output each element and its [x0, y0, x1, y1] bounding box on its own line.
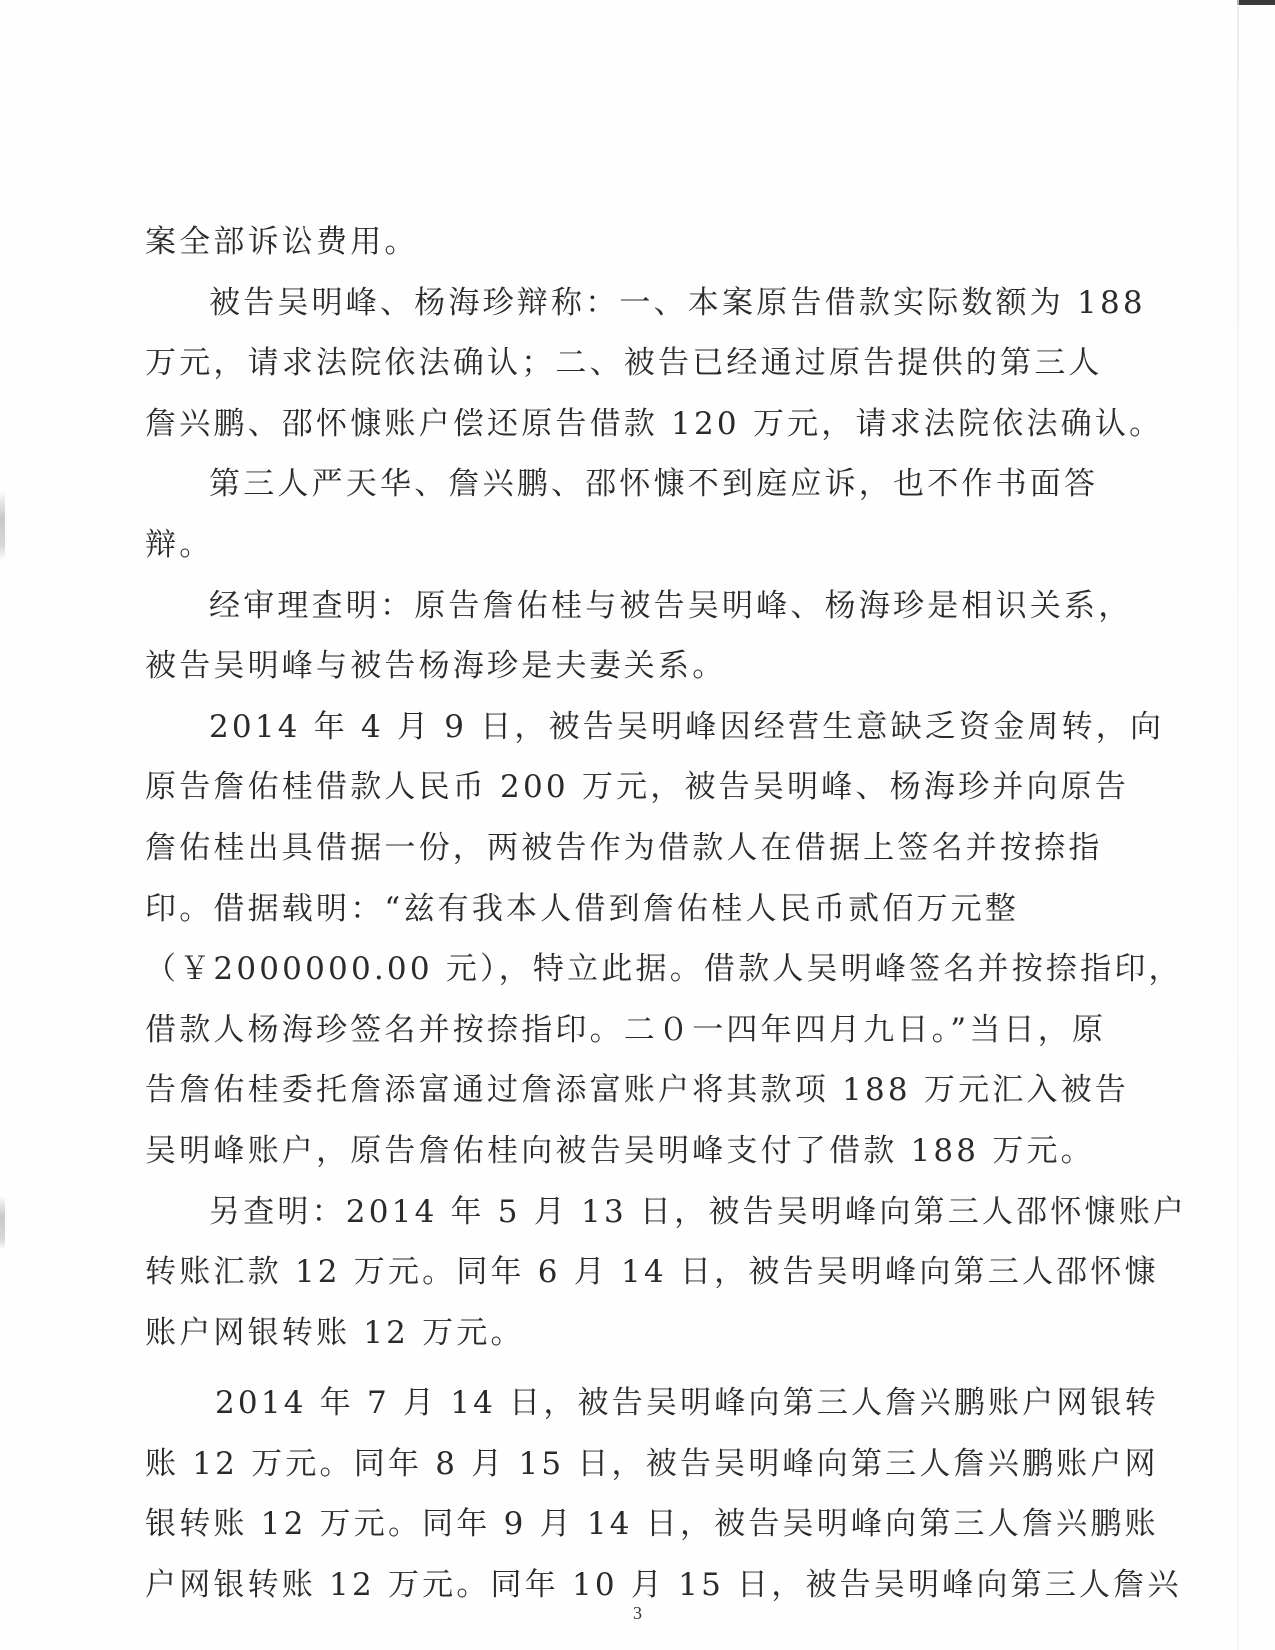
- scan-artifact-mark: [0, 490, 5, 560]
- text-line: 被告吴明峰、杨海珍辩称：一、本案原告借款实际数额为 188: [145, 273, 1045, 334]
- text-line: 被告吴明峰与被告杨海珍是夫妻关系。: [145, 636, 1045, 697]
- scan-artifact-mark: [0, 1195, 5, 1250]
- text-line: 转账汇款 12 万元。同年 6 月 14 日，被告吴明峰向第三人邵怀慷: [145, 1242, 1045, 1303]
- text-line: 借款人杨海珍签名并按捺指印。二０一四年四月九日。”当日，原: [145, 1000, 1045, 1061]
- text-line: 原告詹佑桂借款人民币 200 万元，被告吴明峰、杨海珍并向原告: [145, 757, 1045, 818]
- text-line: 案全部诉讼费用。: [145, 212, 1045, 273]
- text-line: 另查明：2014 年 5 月 13 日，被告吴明峰向第三人邵怀慷账户: [145, 1182, 1045, 1243]
- document-body: 案全部诉讼费用。 被告吴明峰、杨海珍辩称：一、本案原告借款实际数额为 188 万…: [145, 212, 1045, 1616]
- text-line: 辩。: [145, 515, 1045, 576]
- text-line: 告詹佑桂委托詹添富通过詹添富账户将其款项 188 万元汇入被告: [145, 1060, 1045, 1121]
- text-line: 詹兴鹏、邵怀慷账户偿还原告借款 120 万元，请求法院依法确认。: [145, 394, 1045, 455]
- scan-artifact-edge: [1237, 0, 1239, 1650]
- text-line: 账户网银转账 12 万元。: [145, 1303, 1045, 1364]
- text-line: 詹佑桂出具借据一份，两被告作为借款人在借据上签名并按捺指: [145, 818, 1045, 879]
- text-line: 印。借据载明：“兹有我本人借到詹佑桂人民币贰佰万元整: [145, 879, 1045, 940]
- text-line: 账 12 万元。同年 8 月 15 日，被告吴明峰向第三人詹兴鹏账户网: [145, 1434, 1045, 1495]
- text-line: 2014 年 7 月 14 日，被告吴明峰向第三人詹兴鹏账户网银转: [145, 1373, 1045, 1434]
- page-number: 3: [0, 1603, 1275, 1624]
- text-line: 2014 年 4 月 9 日，被告吴明峰因经营生意缺乏资金周转，向: [145, 697, 1045, 758]
- text-line: 万元，请求法院依法确认；二、被告已经通过原告提供的第三人: [145, 333, 1045, 394]
- text-line: 第三人严天华、詹兴鹏、邵怀慷不到庭应诉，也不作书面答: [145, 454, 1045, 515]
- scan-artifact-corner: [1237, 0, 1275, 5]
- text-line: 吴明峰账户，原告詹佑桂向被告吴明峰支付了借款 188 万元。: [145, 1121, 1045, 1182]
- text-line: 银转账 12 万元。同年 9 月 14 日，被告吴明峰向第三人詹兴鹏账: [145, 1494, 1045, 1555]
- text-line: （￥2000000.00 元），特立此据。借款人吴明峰签名并按捺指印，: [145, 939, 1045, 1000]
- text-line: 经审理查明：原告詹佑桂与被告吴明峰、杨海珍是相识关系，: [145, 576, 1045, 637]
- document-page: 案全部诉讼费用。 被告吴明峰、杨海珍辩称：一、本案原告借款实际数额为 188 万…: [0, 0, 1275, 1650]
